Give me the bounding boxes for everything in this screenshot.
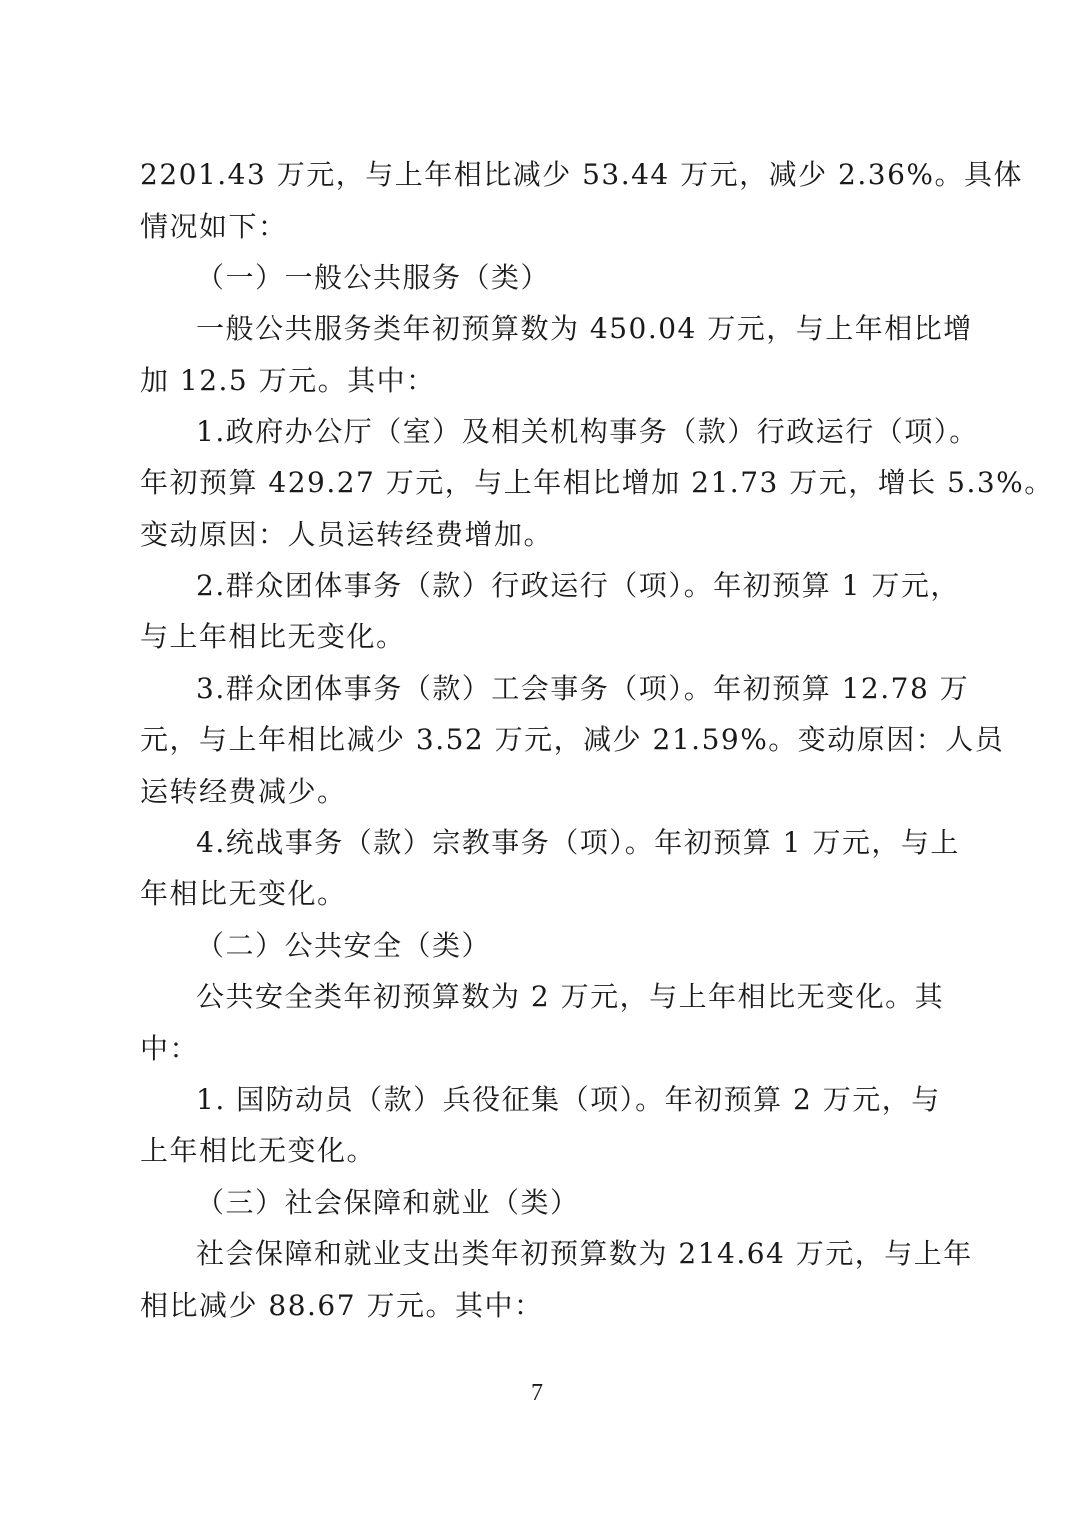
list-item-2: 2.群众团体事务（款）行政运行（项）。年初预算 1 万元，	[196, 569, 996, 603]
section-heading-social-security: （三）社会保障和就业（类）	[196, 1186, 996, 1220]
paragraph-line: 年初预算 429.27 万元，与上年相比增加 21.73 万元，增长 5.3%。	[140, 466, 940, 500]
paragraph-line: 情况如下：	[140, 210, 940, 244]
section-heading-general-public-services: （一）一般公共服务（类）	[196, 261, 996, 295]
list-item-4: 4.统战事务（款）宗教事务（项）。年初预算 1 万元，与上	[196, 826, 996, 860]
paragraph-line: 运转经费减少。	[140, 775, 940, 809]
list-item-3: 3.群众团体事务（款）工会事务（项）。年初预算 12.78 万	[196, 672, 996, 706]
paragraph-line: 一般公共服务类年初预算数为 450.04 万元，与上年相比增	[196, 312, 996, 346]
paragraph-line: 加 12.5 万元。其中：	[140, 364, 940, 398]
paragraph-line: 与上年相比无变化。	[140, 620, 940, 654]
paragraph-line: 元，与上年相比减少 3.52 万元，减少 21.59%。变动原因：人员	[140, 723, 940, 757]
paragraph-line: 公共安全类年初预算数为 2 万元，与上年相比无变化。其	[196, 980, 996, 1014]
paragraph-line: 社会保障和就业支出类年初预算数为 214.64 万元，与上年	[196, 1237, 996, 1271]
list-item-1: 1. 国防动员（款）兵役征集（项）。年初预算 2 万元，与	[196, 1083, 996, 1117]
paragraph-line: 变动原因：人员运转经费增加。	[140, 518, 940, 552]
paragraph-line: 中：	[140, 1032, 940, 1066]
paragraph-line: 2201.43 万元，与上年相比减少 53.44 万元，减少 2.36%。具体	[140, 158, 940, 192]
paragraph-line: 相比减少 88.67 万元。其中：	[140, 1289, 940, 1323]
section-heading-public-safety: （二）公共安全（类）	[196, 929, 996, 963]
document-page: 2201.43 万元，与上年相比减少 53.44 万元，减少 2.36%。具体 …	[0, 0, 1074, 1520]
paragraph-line: 上年相比无变化。	[140, 1134, 940, 1168]
page-number: 7	[0, 1378, 1074, 1408]
paragraph-line: 年相比无变化。	[140, 877, 940, 911]
list-item-1: 1.政府办公厅（室）及相关机构事务（款）行政运行（项）。	[196, 415, 996, 449]
